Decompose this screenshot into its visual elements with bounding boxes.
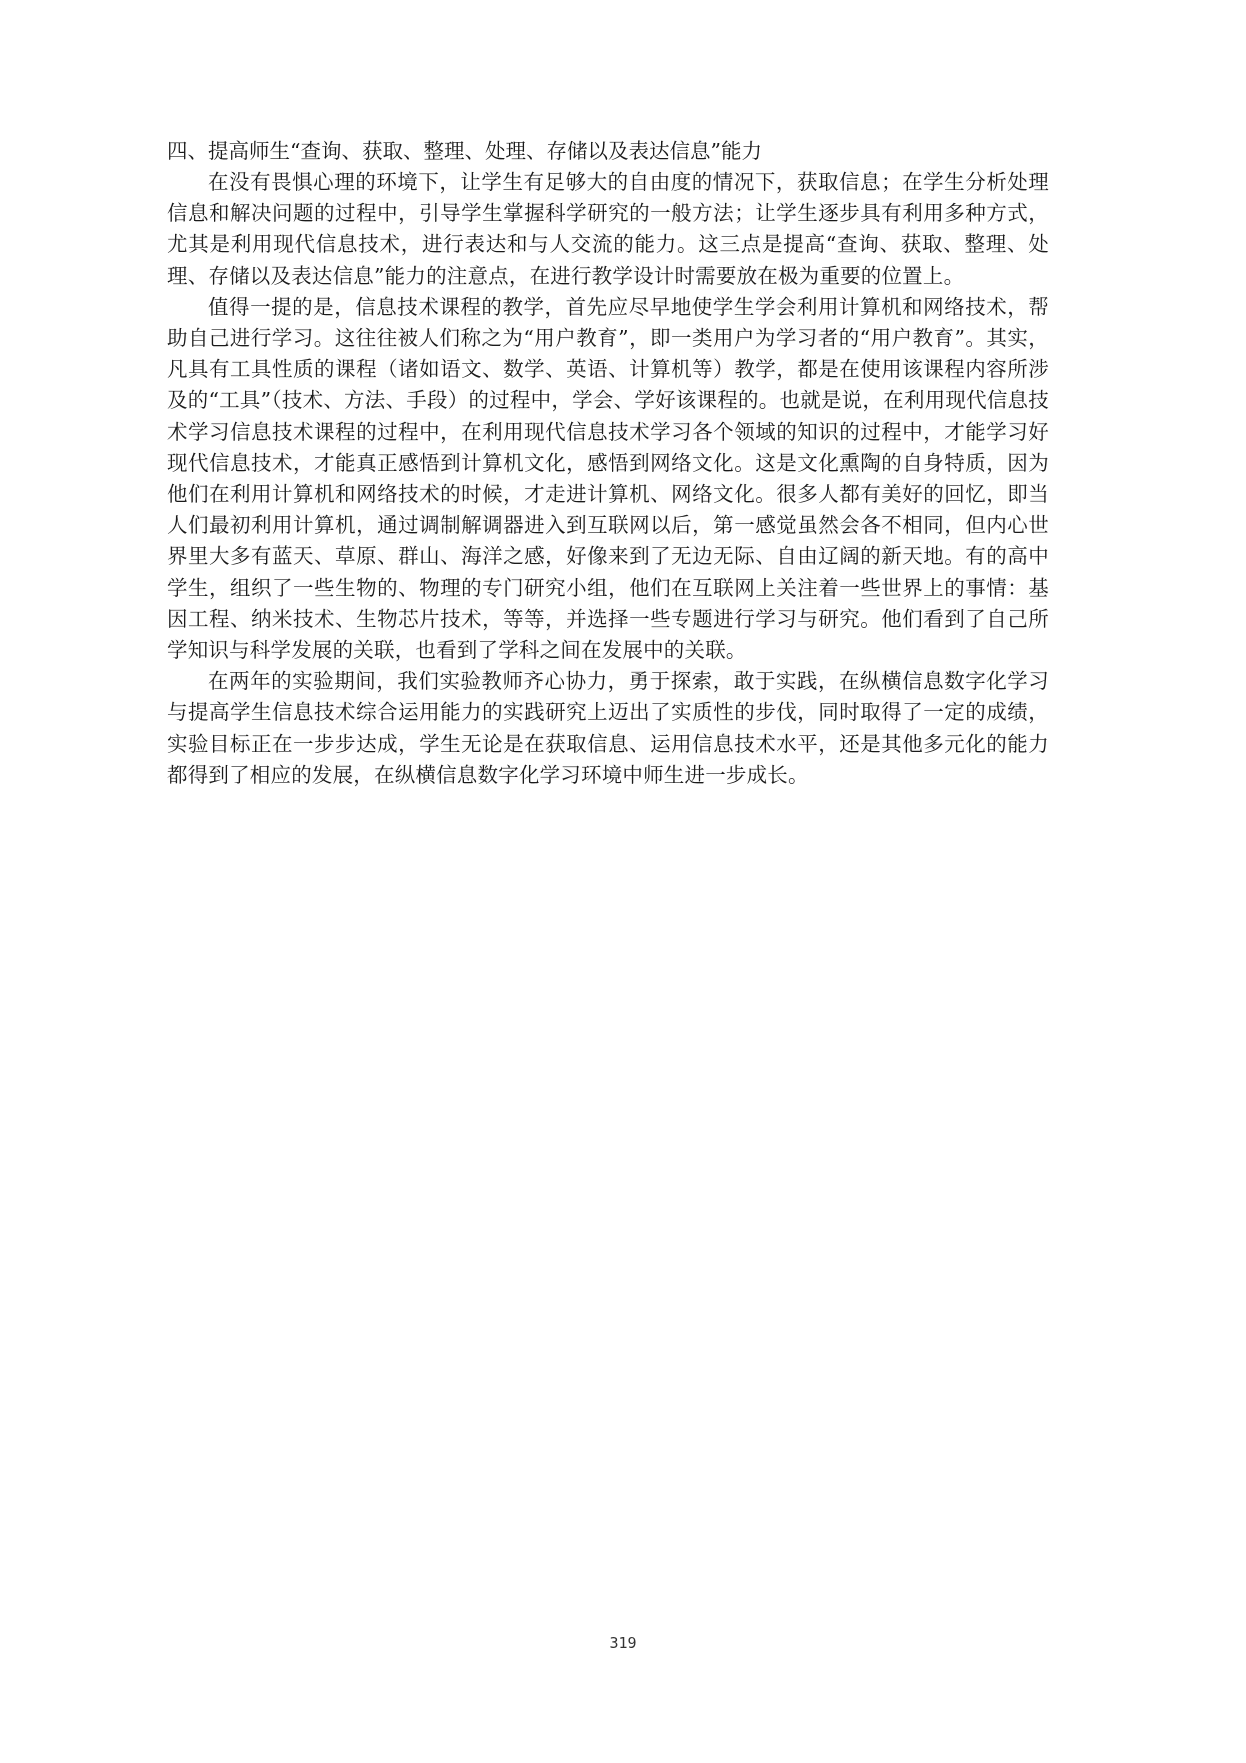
section-heading: 四、提高师生“查询、获取、整理、处理、存储以及表达信息”能力 bbox=[167, 136, 1049, 167]
paragraph-2: 值得一提的是，信息技术课程的教学，首先应尽早地使学生学会利用计算机和网络技术，帮… bbox=[167, 292, 1049, 666]
paragraph-1: 在没有畏惧心理的环境下，让学生有足够大的自由度的情况下，获取信息；在学生分析处理… bbox=[167, 167, 1049, 292]
document-page: 四、提高师生“查询、获取、整理、处理、存储以及表达信息”能力 在没有畏惧心理的环… bbox=[167, 136, 1049, 791]
page-number: 319 bbox=[0, 1634, 1246, 1652]
paragraph-3: 在两年的实验期间，我们实验教师齐心协力，勇于探索，敢于实践，在纵横信息数字化学习… bbox=[167, 666, 1049, 791]
